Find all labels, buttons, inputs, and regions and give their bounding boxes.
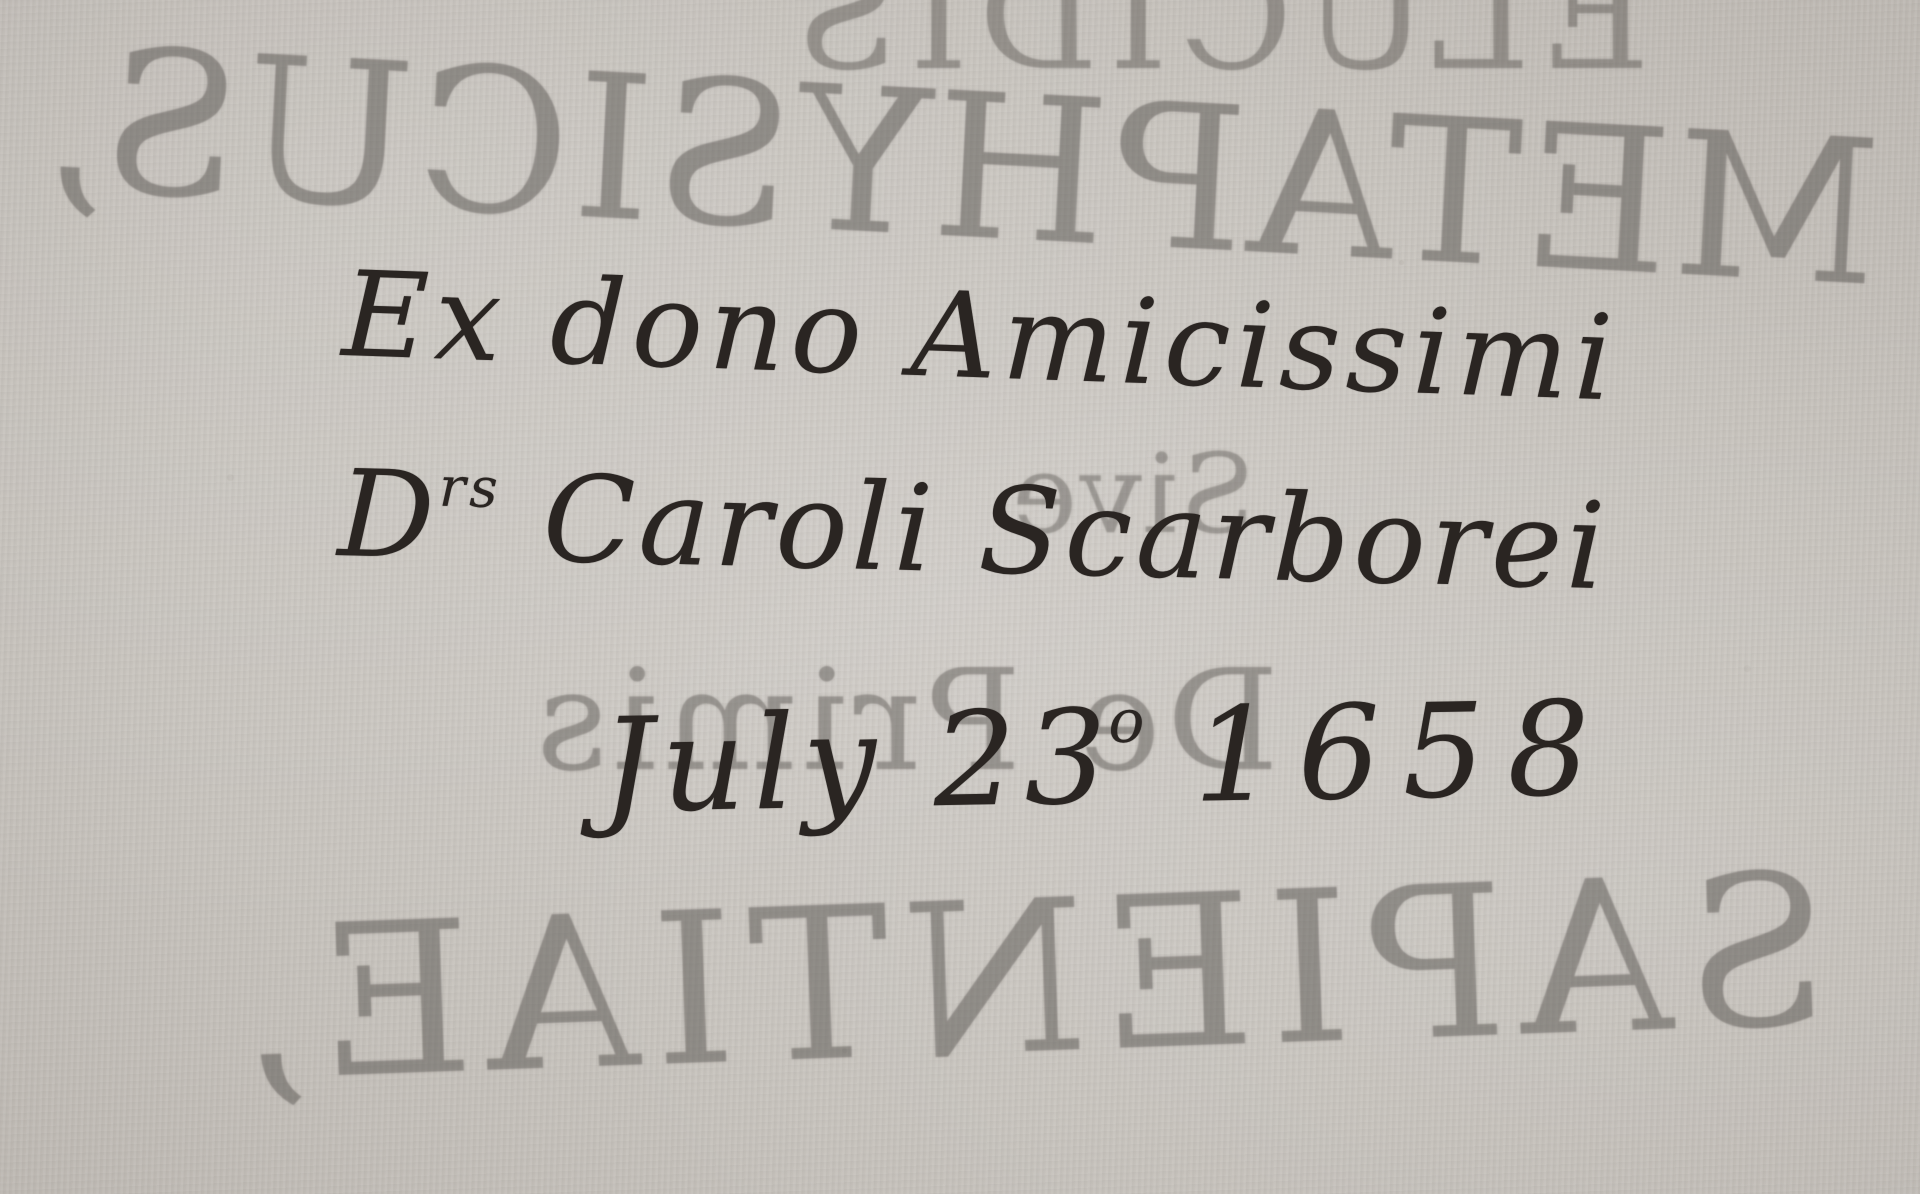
inscription-date-ordinal: o	[1108, 686, 1153, 757]
inscription-date-year: 1658	[1192, 672, 1613, 831]
inscription-donor-name: Caroli Scarborei	[499, 449, 1610, 617]
inscription-title-abbrev: D	[336, 445, 440, 587]
inscription-title-superscript: rs	[438, 455, 502, 521]
inscription-date-month-day: July 23	[600, 681, 1116, 842]
inscription-line-date: July 23o1658	[600, 672, 1613, 842]
